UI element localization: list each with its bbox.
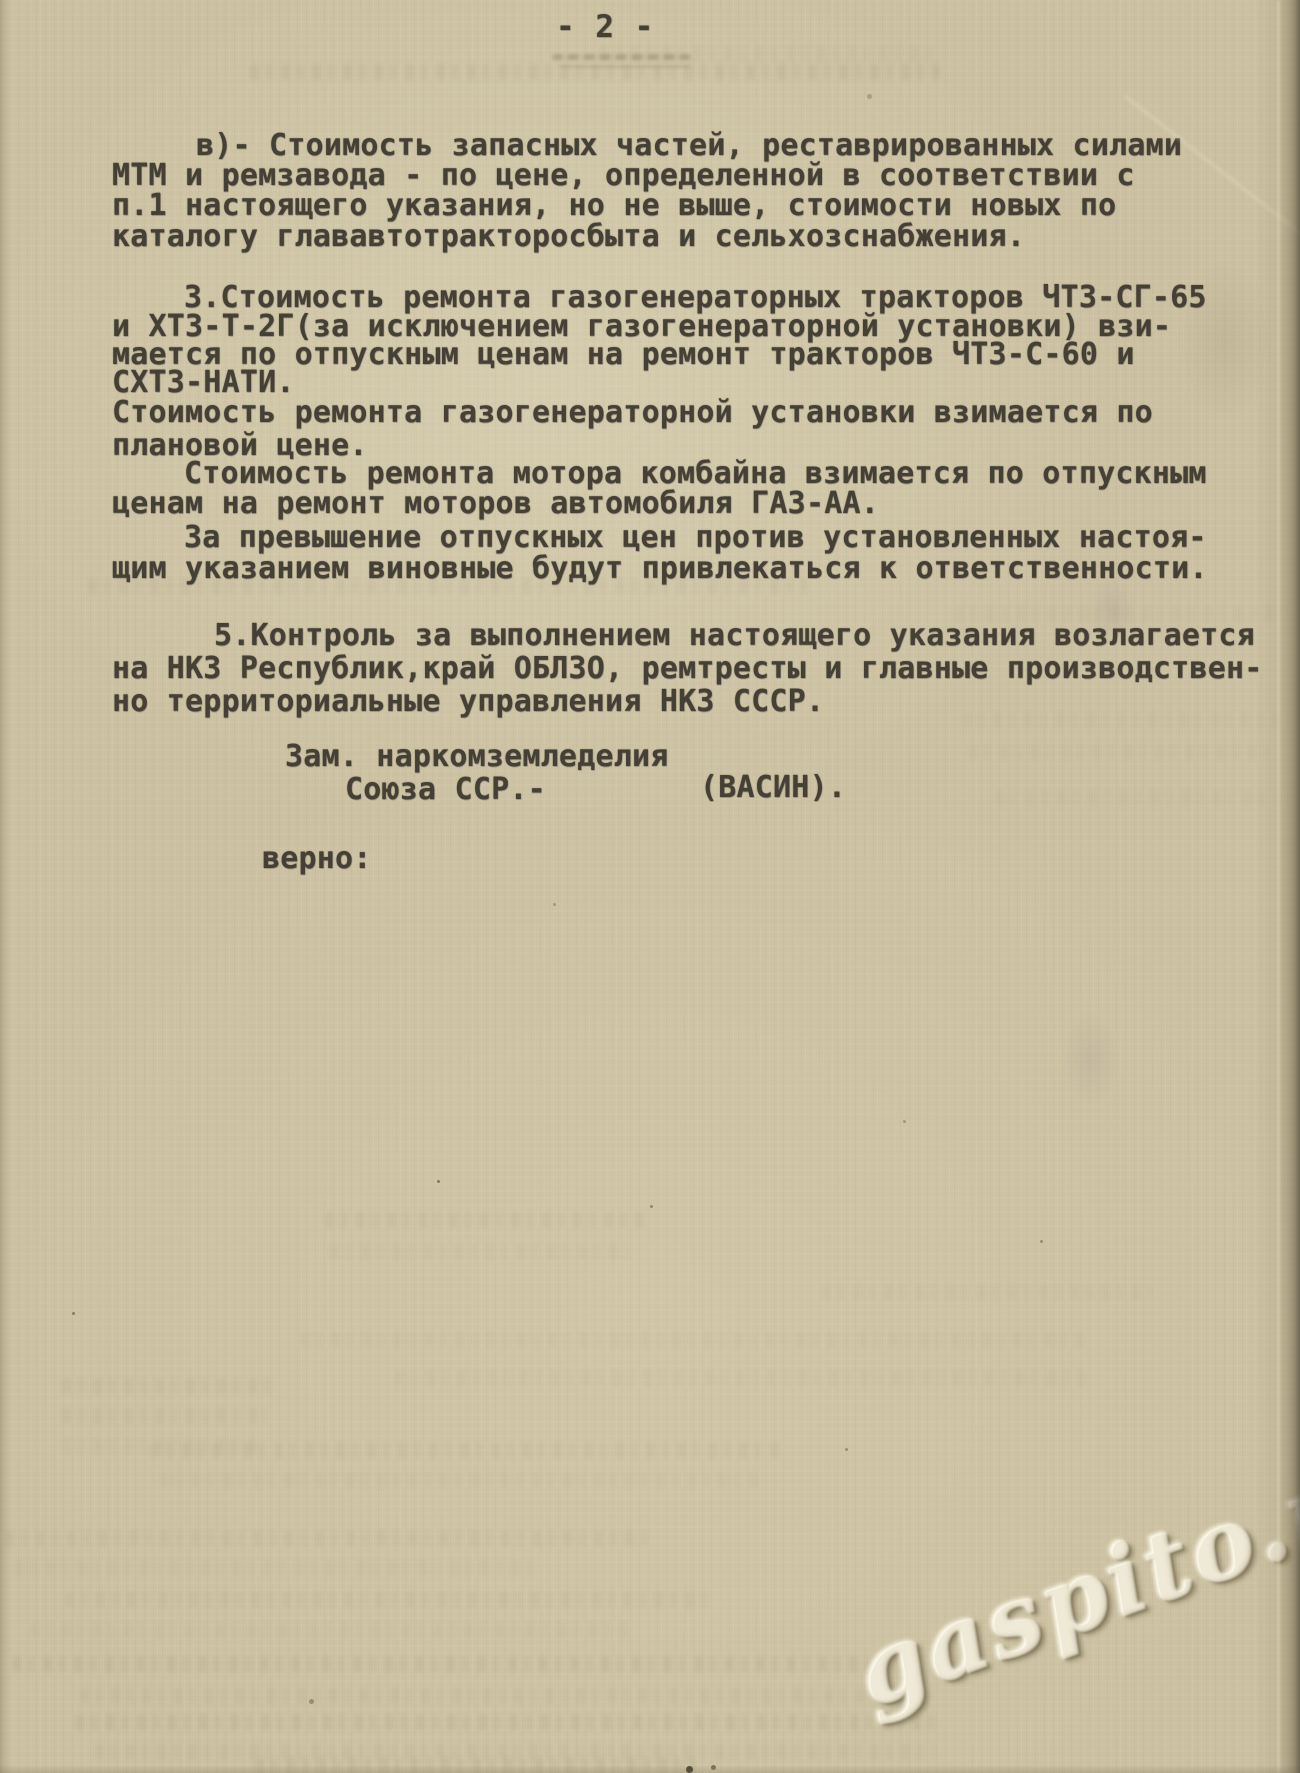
bleedthrough-smudge <box>30 1622 630 1638</box>
bleedthrough-smudge <box>5 1530 655 1546</box>
ink-stain <box>1090 575 1136 645</box>
bleedthrough-smudge <box>12 1656 902 1672</box>
clause-5-line-2: на НКЗ Республик,край ОБЛЗО, ремтресты и… <box>112 653 1262 684</box>
signer-name: (ВАСИН). <box>700 772 846 803</box>
page-left-edge-shadow <box>0 0 10 1773</box>
bleedthrough-smudge <box>300 1332 1090 1348</box>
bleedthrough-smudge <box>325 1212 645 1228</box>
bleedthrough-smudge <box>968 744 1268 760</box>
embossed-watermark: gaspito.ru <box>843 1426 1300 1729</box>
bleedthrough-smudge <box>600 46 940 62</box>
clause-v-line-4: каталогу глававтотракторосбыта и сельхоз… <box>112 221 1025 252</box>
bleedthrough-smudge <box>80 1688 900 1704</box>
bleedthrough-smudge <box>65 1592 715 1608</box>
bleedthrough-smudge <box>15 1560 535 1576</box>
signer-title-line-1: Зам. наркомземледелия <box>285 741 669 772</box>
clause-3-line-8: ценам на ремонт моторов автомобиля ГАЗ-А… <box>112 488 879 519</box>
bleedthrough-smudge <box>250 64 940 80</box>
clause-v-line-2: МТМ и ремзавода - по цене, определенной … <box>112 160 1135 191</box>
clause-5-line-3: но территориальные управления НКЗ СССР. <box>112 686 824 717</box>
clause-v-line-3: п.1 настоящего указания, но не выше, сто… <box>112 190 1116 221</box>
certification-label: верно: <box>262 843 372 874</box>
bleedthrough-smudge <box>395 1370 1085 1386</box>
bleedthrough-smudge <box>160 1472 760 1488</box>
bleedthrough-smudge <box>330 1244 630 1260</box>
ink-stain <box>1062 1015 1118 1105</box>
bleedthrough-smudge <box>62 1378 277 1394</box>
bleedthrough-smudge <box>995 790 1280 806</box>
bleedthrough-smudge <box>75 1714 935 1730</box>
clause-v-line-1: в)- Стоимость запасных частей, реставрир… <box>196 130 1182 161</box>
bleedthrough-smudge <box>88 578 808 594</box>
signer-title-line-2: Союза ССР.- <box>345 774 546 805</box>
clause-3-line-7: Стоимость ремонта мотора комбайна взимае… <box>184 458 1207 489</box>
bleedthrough-smudge <box>962 712 1282 728</box>
page-number: - 2 - <box>556 12 654 43</box>
page-bottom-edge-shadow <box>0 1765 1300 1773</box>
bleedthrough-smudge <box>822 1284 1152 1300</box>
bleedthrough-smudge <box>62 1408 267 1424</box>
document-scan-page: - 2 - в)- Стоимость запасных частей, рес… <box>0 0 1300 1773</box>
clause-3-line-5: Стоимость ремонта газогенераторной устан… <box>112 397 1153 428</box>
clause-3-line-9: За превышение отпускных цен против устан… <box>184 522 1207 553</box>
page-fold-highlight <box>1277 0 1280 1773</box>
bleedthrough-smudge <box>150 1442 780 1458</box>
clause-3-line-4: СХТЗ-НАТИ. <box>112 367 295 398</box>
